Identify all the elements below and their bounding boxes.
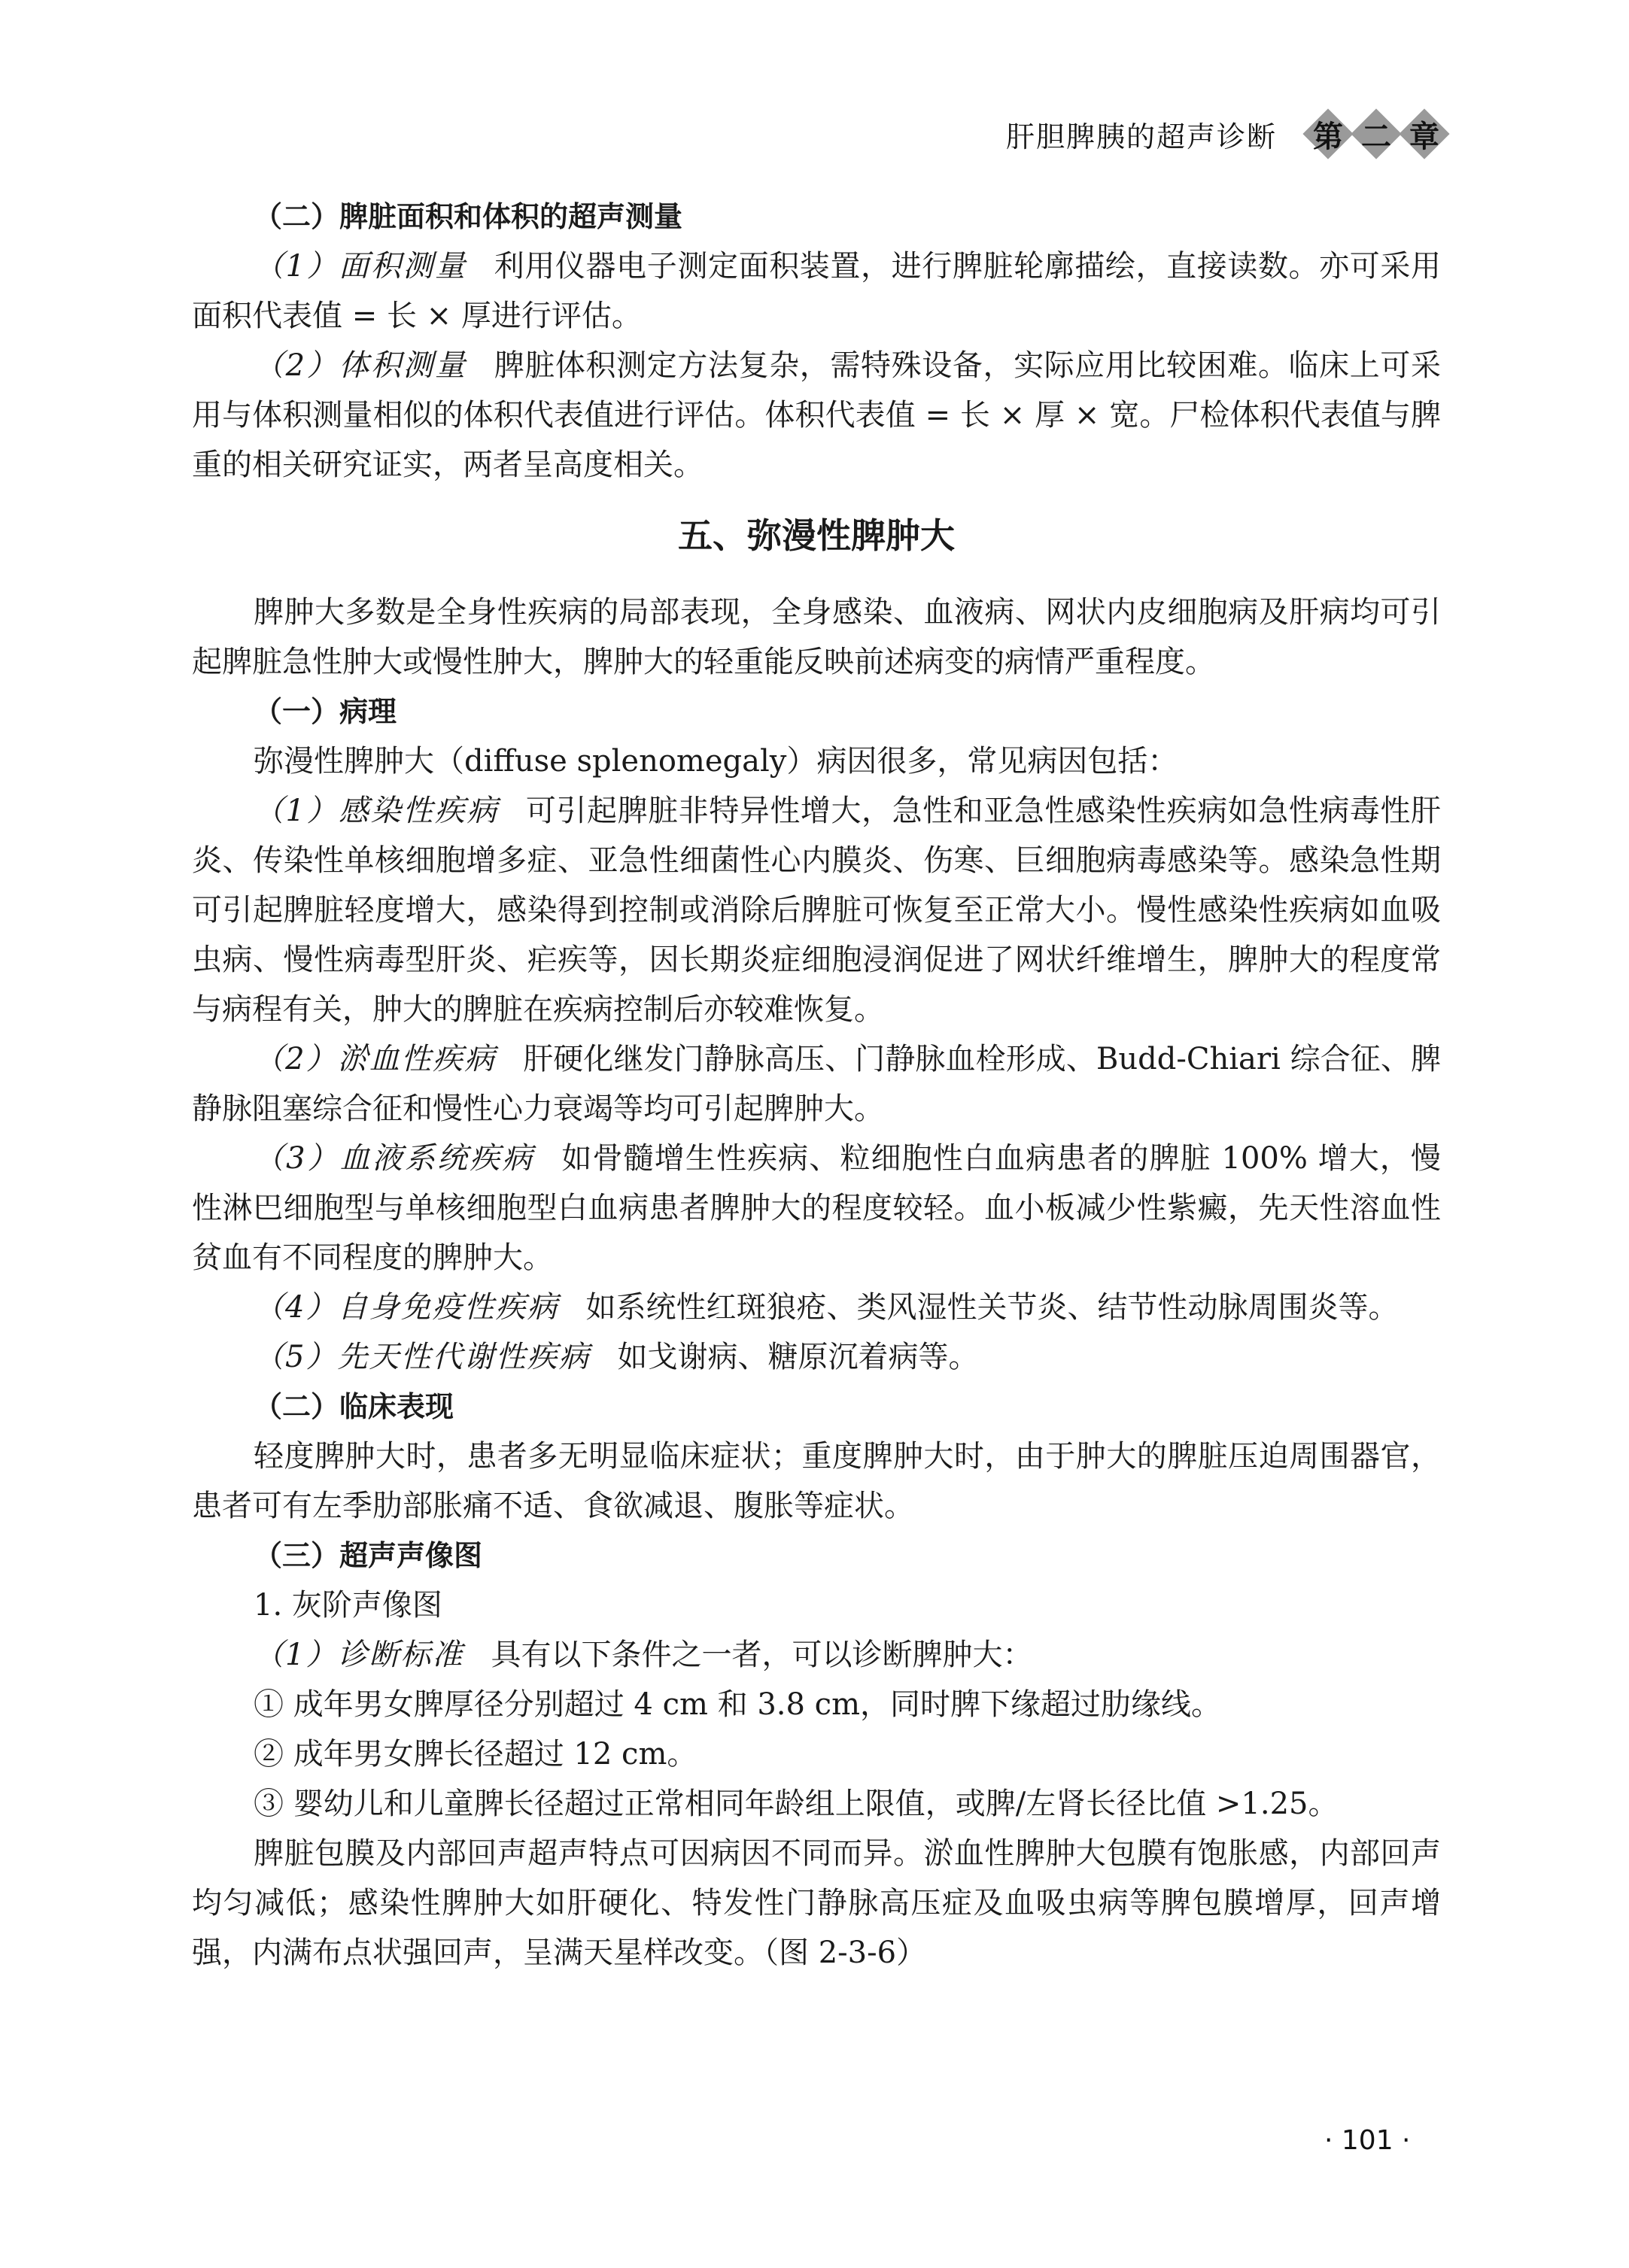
page-number: · 101 · [1324, 2125, 1411, 2156]
section-heading: （三）超声声像图 [192, 1531, 1441, 1580]
cause-item: （5）先天性代谢性疾病如戈谢病、糖原沉着病等。 [192, 1332, 1441, 1382]
paragraph: 轻度脾肿大时，患者多无明显临床症状；重度脾肿大时，由于肿大的脾脏压迫周围器官，患… [192, 1432, 1441, 1531]
term-label: （2）体积测量 [254, 348, 467, 383]
paragraph: 脾肿大多数是全身性疾病的局部表现，全身感染、血液病、网状内皮细胞病及肝病均可引起… [192, 587, 1441, 687]
section-heading: （二）脾脏面积和体积的超声测量 [192, 192, 1441, 241]
diamond-icon: 第 [1303, 109, 1353, 159]
criteria-item: ③ 婴幼儿和儿童脾长径超过正常相同年龄组上限值，或脾/左肾长径比值 >1.25。 [192, 1779, 1441, 1829]
paragraph: 脾脏包膜及内部回声超声特点可因病因不同而异。淤血性脾肿大包膜有饱胀感，内部回声均… [192, 1829, 1441, 1978]
paragraph: （1）诊断标准具有以下条件之一者，可以诊断脾肿大： [192, 1630, 1441, 1680]
chapter-badge: 第 二 章 [1304, 109, 1448, 159]
term-label: （1）面积测量 [254, 249, 467, 284]
term-label: （1）感染性疾病 [254, 794, 499, 828]
term-label: （3）血液系统疾病 [254, 1141, 534, 1176]
running-title: 肝胆脾胰的超声诊断 [1006, 114, 1277, 155]
criteria-item: ② 成年男女脾长径超过 12 cm。 [192, 1729, 1441, 1779]
diamond-icon: 二 [1351, 109, 1401, 159]
paragraph: （2）体积测量脾脏体积测定方法复杂，需特殊设备，实际应用比较困难。临床上可采用与… [192, 341, 1441, 490]
cause-item: （4）自身免疫性疾病如系统性红斑狼疮、类风湿性关节炎、结节性动脉周围炎等。 [192, 1283, 1441, 1332]
cause-item: （3）血液系统疾病如骨髓增生性疾病、粒细胞性白血病患者的脾脏 100% 增大，慢… [192, 1134, 1441, 1283]
term-label: （5）先天性代谢性疾病 [254, 1340, 590, 1374]
cause-item: （2）淤血性疾病肝硬化继发门静脉高压、门静脉血栓形成、Budd-Chiari 综… [192, 1034, 1441, 1134]
section-heading: （二）临床表现 [192, 1382, 1441, 1432]
diamond-icon: 章 [1400, 109, 1449, 159]
term-label: （2）淤血性疾病 [254, 1042, 496, 1076]
running-header: 肝胆脾胰的超声诊断 第 二 章 [1006, 109, 1448, 159]
term-label: （4）自身免疫性疾病 [254, 1290, 558, 1325]
paragraph: 弥漫性脾肿大（diffuse splenomegaly）病因很多，常见病因包括： [192, 736, 1441, 786]
term-label: （1）诊断标准 [254, 1638, 463, 1672]
subheading: 1. 灰阶声像图 [192, 1580, 1441, 1630]
chapter-section-title: 五、弥漫性脾肿大 [192, 511, 1441, 560]
cause-item: （1）感染性疾病可引起脾脏非特异性增大，急性和亚急性感染性疾病如急性病毒性肝炎、… [192, 786, 1441, 1034]
criteria-item: ① 成年男女脾厚径分别超过 4 cm 和 3.8 cm，同时脾下缘超过肋缘线。 [192, 1680, 1441, 1729]
paragraph: （1）面积测量利用仪器电子测定面积装置，进行脾脏轮廓描绘，直接读数。亦可采用面积… [192, 241, 1441, 341]
section-heading: （一）病理 [192, 687, 1441, 736]
page-body: （二）脾脏面积和体积的超声测量 （1）面积测量利用仪器电子测定面积装置，进行脾脏… [192, 192, 1441, 1978]
